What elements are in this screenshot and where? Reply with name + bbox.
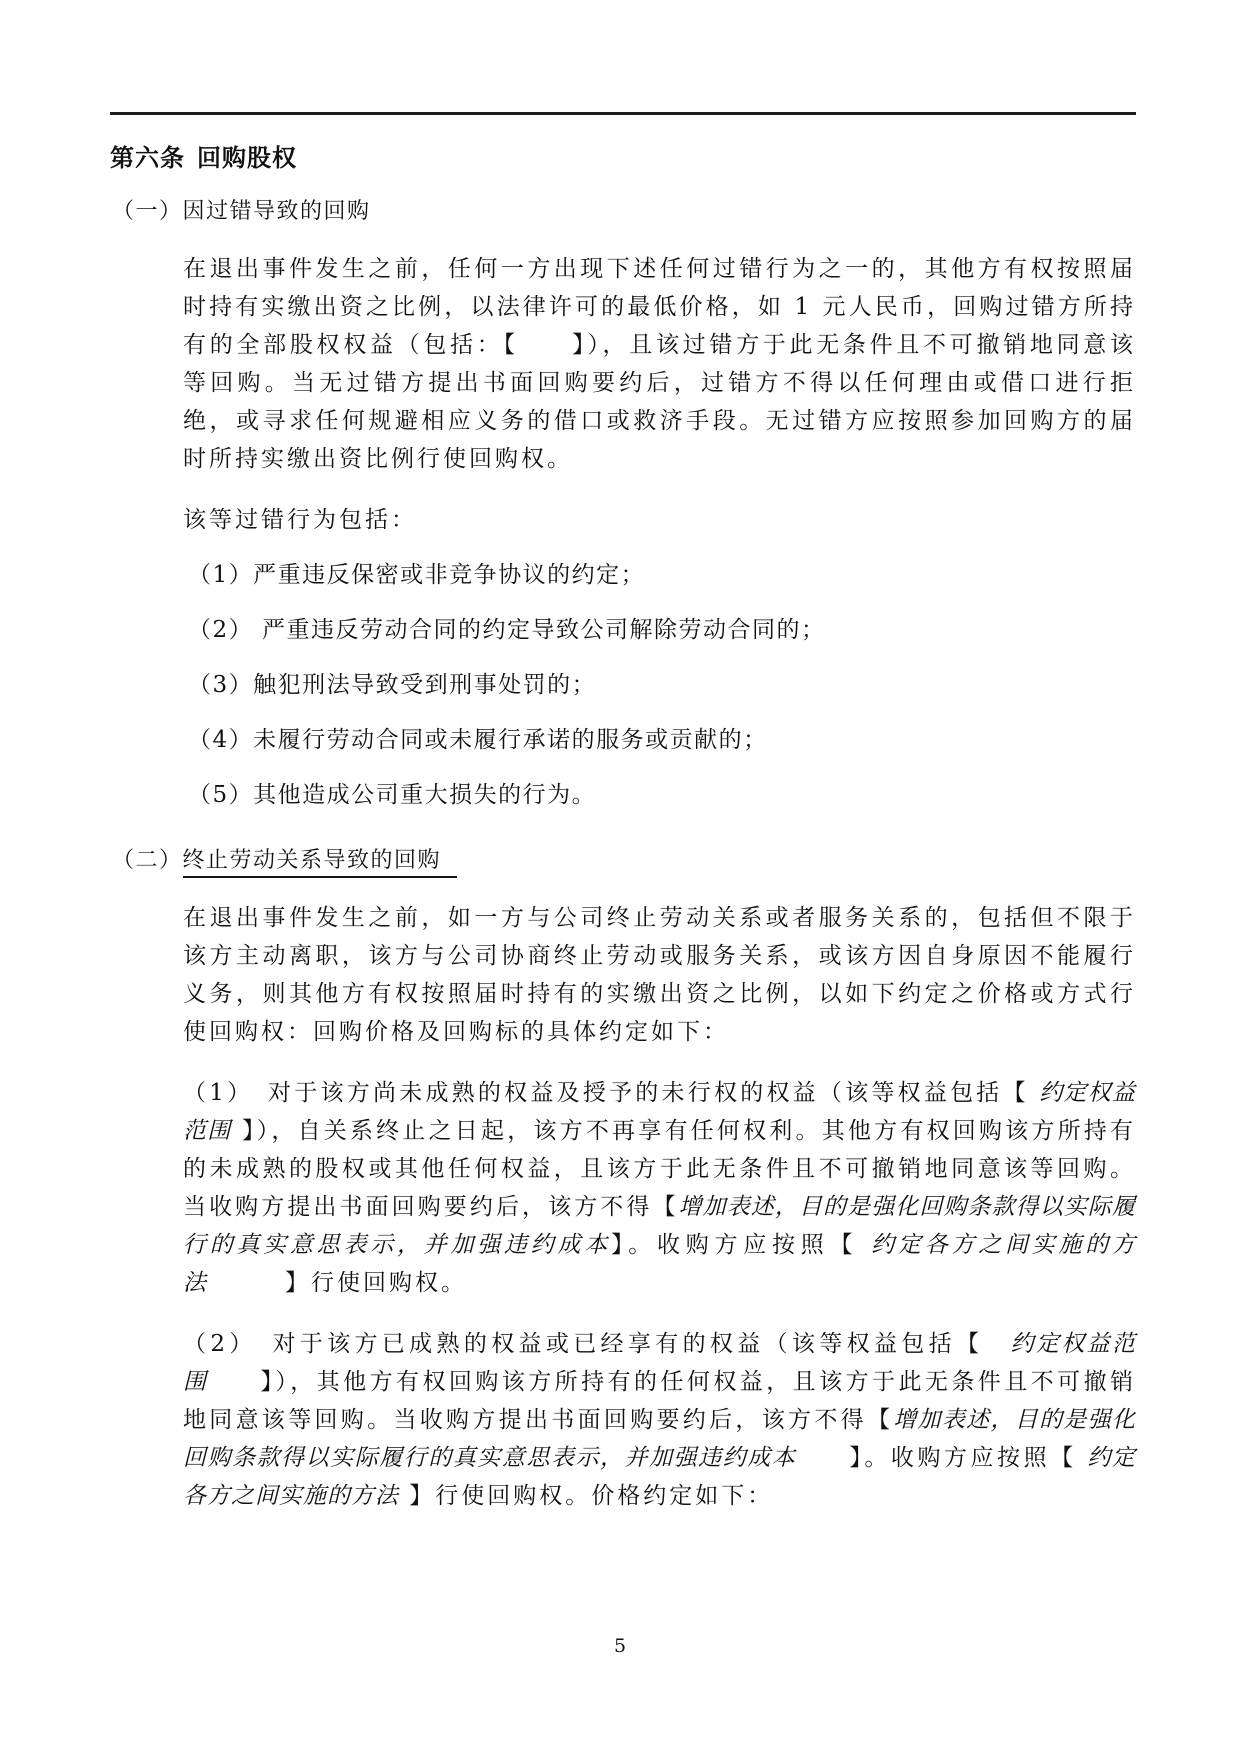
list-item-3: （3）触犯刑法导致受到刑事处罚的； [188,666,1136,704]
text-run: （2） 对于该方已成熟的权益或已经享有的权益（该等权益包括【 [183,1331,1011,1357]
text-run: 在退出事件发生之前，任何一方出现下述任何过错行为之一的，其他方有权按照届时持有实… [183,256,1136,472]
text-run: （4）未履行劳动合同或未履行承诺的服务或贡献的； [188,727,768,753]
paragraph-termination-intro: 在退出事件发生之前，如一方与公司终止劳动关系或者服务关系的，包括但不限于该方主动… [183,899,1136,1051]
text-run: 】。收购方应按照【 [611,1232,871,1258]
text-run: 】。收购方应按照【 [796,1445,1087,1471]
section-2-label: （二） [112,848,183,873]
paragraph-vested-equity: （2） 对于该方已成熟的权益或已经享有的权益（该等权益包括【 约定权益范围 】）… [183,1325,1136,1515]
text-run: （5）其他造成公司重大损失的行为。 [188,782,596,808]
section-2-heading: （二）终止劳动关系导致的回购 [112,844,1136,878]
text-run: 该等过错行为包括： [183,507,417,533]
paragraph-fault-list-intro: 该等过错行为包括： [183,501,1136,539]
document-page: 第六条回购股权 （一）因过错导致的回购 在退出事件发生之前，任何一方出现下述任何… [0,0,1240,1754]
list-item-4: （4）未履行劳动合同或未履行承诺的服务或贡献的； [188,721,1136,759]
section-1-title: 因过错导致的回购 [183,199,371,224]
section-1-label: （一） [112,199,183,224]
text-run: 】行使回购权。 [207,1270,467,1296]
text-run: （1） 对于该方尚未成熟的权益及授予的未行权的权益（该等权益包括【 [183,1080,1039,1106]
text-run: 在退出事件发生之前，如一方与公司终止劳动关系或者服务关系的，包括但不限于该方主动… [183,905,1136,1045]
article-number: 第六条 [110,144,185,172]
list-item-2: （2） 严重违反劳动合同的约定导致公司解除劳动合同的； [188,611,1136,649]
text-run: （2） 严重违反劳动合同的约定导致公司解除劳动合同的； [188,617,825,643]
header-rule [110,112,1136,115]
text-run: 】行使回购权。价格约定如下： [399,1483,773,1509]
paragraph-fault-repurchase: 在退出事件发生之前，任何一方出现下述任何过错行为之一的，其他方有权按照届时持有实… [183,250,1136,478]
list-item-1: （1）严重违反保密或非竞争协议的约定； [188,556,1136,594]
text-run: （3）触犯刑法导致受到刑事处罚的； [188,672,596,698]
page-number: 5 [0,1635,1240,1657]
document-content: 第六条回购股权 （一）因过错导致的回购 在退出事件发生之前，任何一方出现下述任何… [110,0,1136,1515]
section-2-title: 终止劳动关系导致的回购 [183,848,458,878]
section-1-heading: （一）因过错导致的回购 [112,195,1136,229]
list-item-5: （5）其他造成公司重大损失的行为。 [188,776,1136,814]
paragraph-unvested-equity: （1） 对于该方尚未成熟的权益及授予的未行权的权益（该等权益包括【 约定权益范围… [183,1074,1136,1302]
article-title: 回购股权 [197,144,297,172]
text-run: （1）严重违反保密或非竞争协议的约定； [188,562,645,588]
article-heading: 第六条回购股权 [110,141,1136,175]
